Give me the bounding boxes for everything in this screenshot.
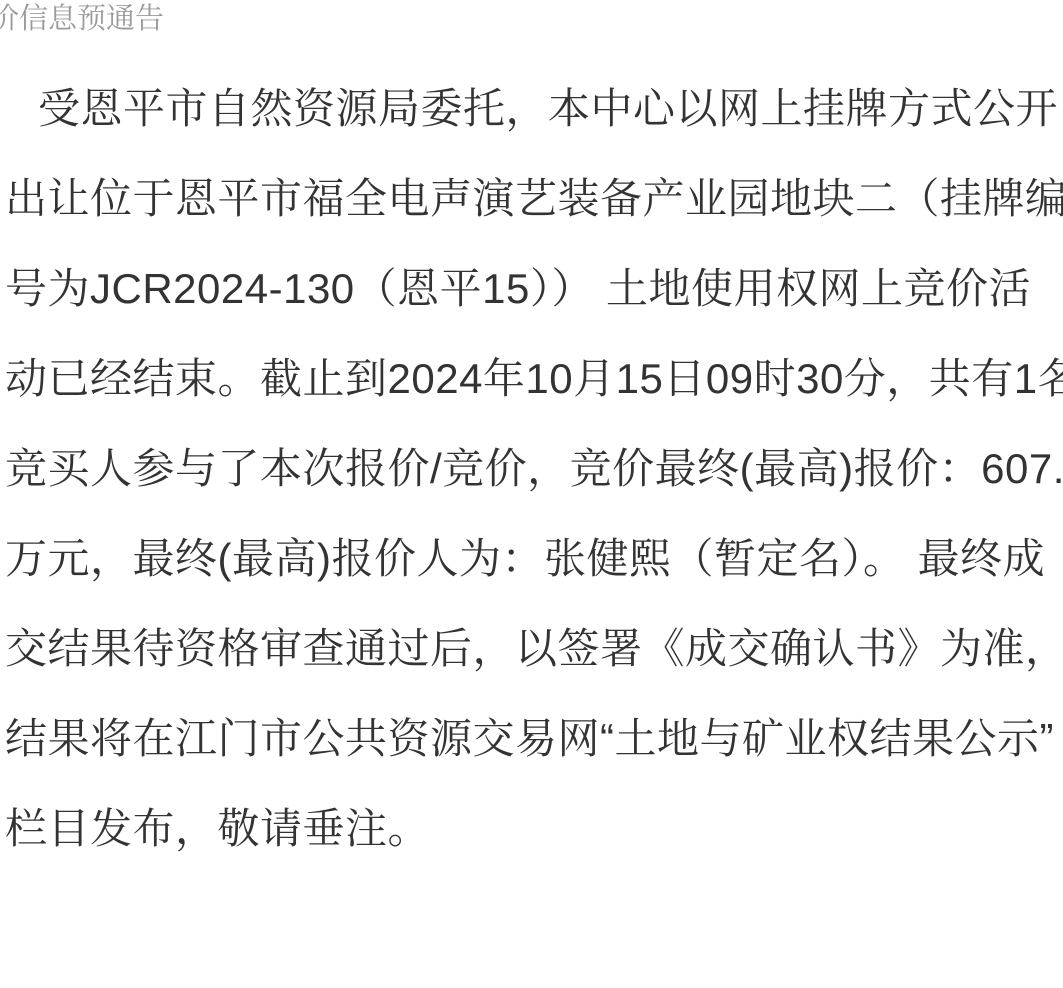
- paragraph-line: 号为JCR2024-130（恩平15）） 土地使用权网上竞价活: [5, 244, 1063, 334]
- paragraph-line: 栏目发布，敬请垂注。: [5, 784, 1063, 874]
- paragraph-line: 万元，最终(最高)报价人为：张健熙（暂定名）。 最终成: [5, 514, 1063, 604]
- paragraph-line: 出让位于恩平市福全电声演艺装备产业园地块二（挂牌编: [5, 154, 1063, 244]
- paragraph-line: 动已经结束。截止到2024年10月15日09时30分，共有1名: [5, 334, 1063, 424]
- paragraph-line: 交结果待资格审查通过后，以签署《成交确认书》为准，: [5, 604, 1063, 694]
- paragraph-line: 竞买人参与了本次报价/竞价，竞价最终(最高)报价：607.2: [5, 424, 1063, 514]
- paragraph-line: 结果将在江门市公共资源交易网“土地与矿业权结果公示”: [5, 694, 1063, 784]
- announcement-body: 受恩平市自然资源局委托，本中心以网上挂牌方式公开 出让位于恩平市福全电声演艺装备…: [5, 64, 1063, 874]
- paragraph-line: 受恩平市自然资源局委托，本中心以网上挂牌方式公开: [5, 64, 1063, 154]
- page-title: 竞价信息预通告: [0, 0, 164, 38]
